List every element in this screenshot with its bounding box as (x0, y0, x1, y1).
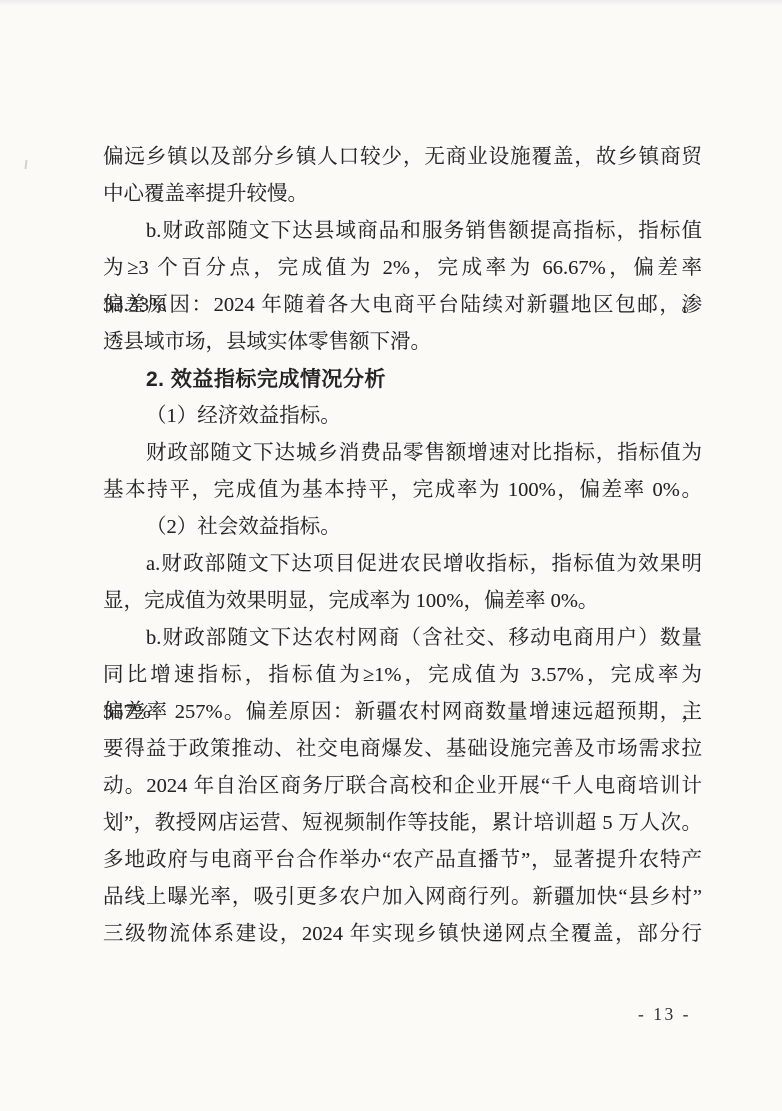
text-block: 偏远乡镇以及部分乡镇人口较少，无商业设施覆盖，故乡镇商贸中心覆盖率提升较慢。b.… (103, 139, 702, 953)
text-line: 偏远乡镇以及部分乡镇人口较少，无商业设施覆盖，故乡镇商贸 (103, 139, 702, 176)
text-line: 同比增速指标，指标值为≥1%，完成值为 3.57%，完成率为 357%， (103, 657, 702, 694)
scan-top-shade (0, 0, 782, 6)
text-line: 动。2024 年自治区商务厅联合高校和企业开展“千人电商培训计 (103, 768, 702, 805)
text-line: 透县域市场，县域实体零售额下滑。 (103, 324, 702, 361)
page-number: - 13 - (638, 1004, 691, 1025)
section-heading: 2. 效益指标完成情况分析 (103, 361, 702, 398)
text-line: （2）社会效益指标。 (103, 509, 702, 546)
scan-artifact (24, 160, 27, 169)
text-line: 三级物流体系建设，2024 年实现乡镇快递网点全覆盖，部分行 (103, 916, 702, 953)
text-line: 显，完成值为效果明显，完成率为 100%，偏差率 0%。 (103, 583, 702, 620)
text-line: 中心覆盖率提升较慢。 (103, 176, 702, 213)
text-line: 品线上曝光率，吸引更多农户加入网商行列。新疆加快“县乡村” (103, 879, 702, 916)
text-line: 为≥3 个百分点，完成值为 2%，完成率为 66.67%，偏差率 33.33%。 (103, 250, 702, 287)
text-line: （1）经济效益指标。 (103, 398, 702, 435)
text-line: b.财政部随文下达农村网商（含社交、移动电商用户）数量 (103, 620, 702, 657)
scanned-document-page: 偏远乡镇以及部分乡镇人口较少，无商业设施覆盖，故乡镇商贸中心覆盖率提升较慢。b.… (0, 0, 782, 1111)
text-line: 划”，教授网店运营、短视频制作等技能，累计培训超 5 万人次。 (103, 805, 702, 842)
text-line: 偏差原因：2024 年随着各大电商平台陆续对新疆地区包邮，渗 (103, 287, 702, 324)
text-line: 多地政府与电商平台合作举办“农产品直播节”，显著提升农特产 (103, 842, 702, 879)
text-line: a.财政部随文下达项目促进农民增收指标，指标值为效果明 (103, 546, 702, 583)
text-line: 要得益于政策推动、社交电商爆发、基础设施完善及市场需求拉 (103, 731, 702, 768)
text-line: 基本持平，完成值为基本持平，完成率为 100%，偏差率 0%。 (103, 472, 702, 509)
text-line: 偏差率 257%。偏差原因：新疆农村网商数量增速远超预期，主 (103, 694, 702, 731)
text-line: 财政部随文下达城乡消费品零售额增速对比指标，指标值为 (103, 435, 702, 472)
text-line: b.财政部随文下达县域商品和服务销售额提高指标，指标值 (103, 213, 702, 250)
